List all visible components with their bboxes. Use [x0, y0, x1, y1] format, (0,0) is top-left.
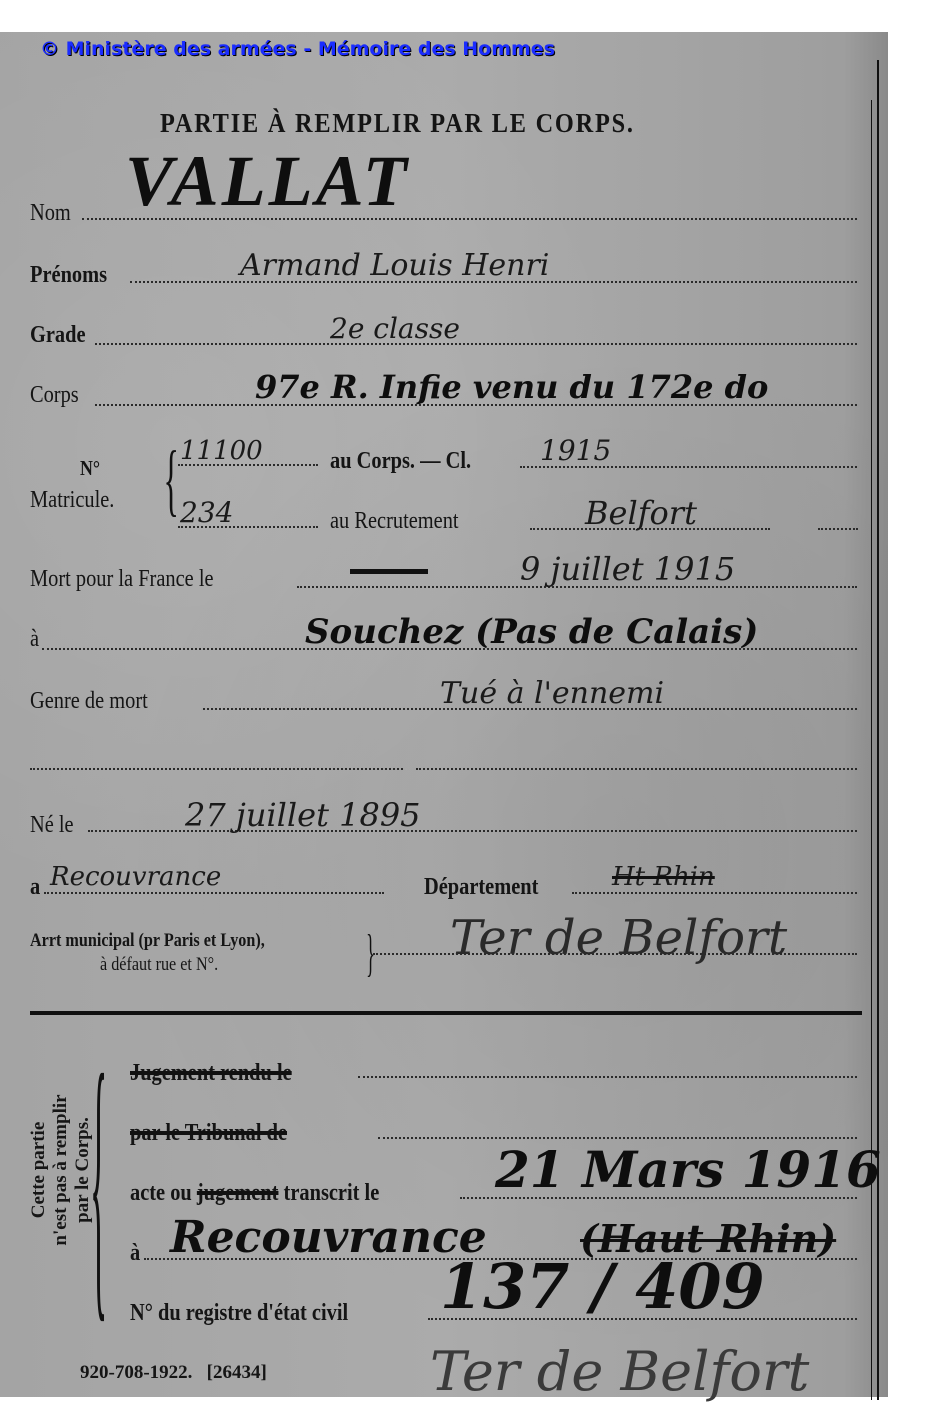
grade-dotted-line [95, 343, 857, 345]
nom-value: VALLAT [125, 140, 410, 223]
side-note-line-1: Cette partie [28, 1070, 50, 1270]
genre-mort-value: Tué à l'ennemi [440, 676, 664, 711]
blank-dotted-line-right [416, 768, 857, 770]
right-border-line-inner [871, 100, 872, 1400]
recrutement-dotted-line-end [818, 528, 858, 530]
ne-le-value: 27 juillet 1895 [185, 796, 421, 834]
corps-label: Corps [30, 382, 79, 409]
matricule-brace: { [164, 440, 179, 520]
departement-dotted-line [572, 892, 857, 894]
form-heading: PARTIE À REMPLIR PAR LE CORPS. [160, 108, 635, 139]
acte-date-value: 21 Mars 1916 [495, 1140, 881, 1199]
departement-struck: Ht Rhin [612, 862, 715, 892]
grade-value: 2e classe [330, 312, 460, 345]
acte-label: acte ou jugement transcrit le [130, 1180, 379, 1207]
lower-section-brace: { [90, 1040, 107, 1320]
jugement-label: Jugement rendu le [130, 1060, 292, 1087]
matricule-label-no: N° [80, 456, 100, 481]
right-border-line-outer [877, 60, 879, 1400]
section-divider [30, 1011, 862, 1015]
mort-a-value: Souchez (Pas de Calais) [305, 612, 758, 652]
bottom-annotation: Ter de Belfort [430, 1340, 809, 1403]
genre-mort-label: Genre de mort [30, 688, 148, 715]
recrutement-place-value: Belfort [585, 494, 697, 532]
tribunal-label: par le Tribunal de [130, 1120, 287, 1147]
ne-a-dotted-line [44, 892, 384, 894]
mort-le-struck: ——— [350, 556, 428, 586]
departement-label: Département [424, 874, 538, 901]
prenoms-value: Armand Louis Henri [240, 248, 549, 283]
grade-label: Grade [30, 322, 86, 349]
corps-number-value: 11100 [180, 436, 263, 466]
au-recrutement-label: au Recrutement [330, 508, 459, 535]
au-corps-label: au Corps. — Cl. [330, 448, 471, 475]
side-note: Cette partie n'est pas à remplir par le … [28, 1070, 94, 1270]
arrondissement-label-line1: Arrt municipal (pr Paris et Lyon), [30, 930, 265, 952]
print-code-ref: [26434] [207, 1362, 267, 1383]
arrondissement-value: Ter de Belfort [450, 910, 787, 966]
mort-a-label: à [30, 626, 39, 653]
jugement-dotted-line [358, 1076, 857, 1078]
acte-label-struck: jugement [197, 1180, 279, 1206]
mort-le-value: 9 juillet 1915 [520, 550, 735, 588]
acte-label-suffix: transcrit le [284, 1180, 380, 1206]
print-code: 920-708-1922. [26434] [80, 1362, 267, 1384]
side-note-line-2: n'est pas à remplir [50, 1070, 72, 1270]
blank-dotted-line-left [30, 768, 403, 770]
acte-label-prefix: acte ou [130, 1180, 192, 1206]
corps-value: 97e R. Infie venu du 172e do [255, 368, 768, 406]
arrondissement-label-line2: à défaut rue et N°. [100, 954, 218, 976]
copyright-watermark: © Ministère des armées - Mémoire des Hom… [40, 38, 555, 60]
registre-value: 137 / 409 [440, 1250, 765, 1323]
transcrit-a-label: à [130, 1240, 140, 1267]
ne-a-value: Recouvrance [50, 862, 221, 892]
registre-label: N° du registre d'état civil [130, 1300, 348, 1327]
prenoms-label: Prénoms [30, 262, 107, 289]
classe-value: 1915 [540, 434, 611, 467]
print-code-number: 920-708-1922. [80, 1362, 192, 1383]
recrutement-number-value: 234 [180, 496, 233, 529]
nom-label: Nom [30, 200, 71, 227]
tribunal-dotted-line [378, 1137, 857, 1139]
matricule-label: Matricule. [30, 487, 114, 514]
mort-le-label: Mort pour la France le [30, 566, 214, 593]
ne-a-label: a [30, 874, 40, 901]
ne-le-label: Né le [30, 812, 74, 839]
